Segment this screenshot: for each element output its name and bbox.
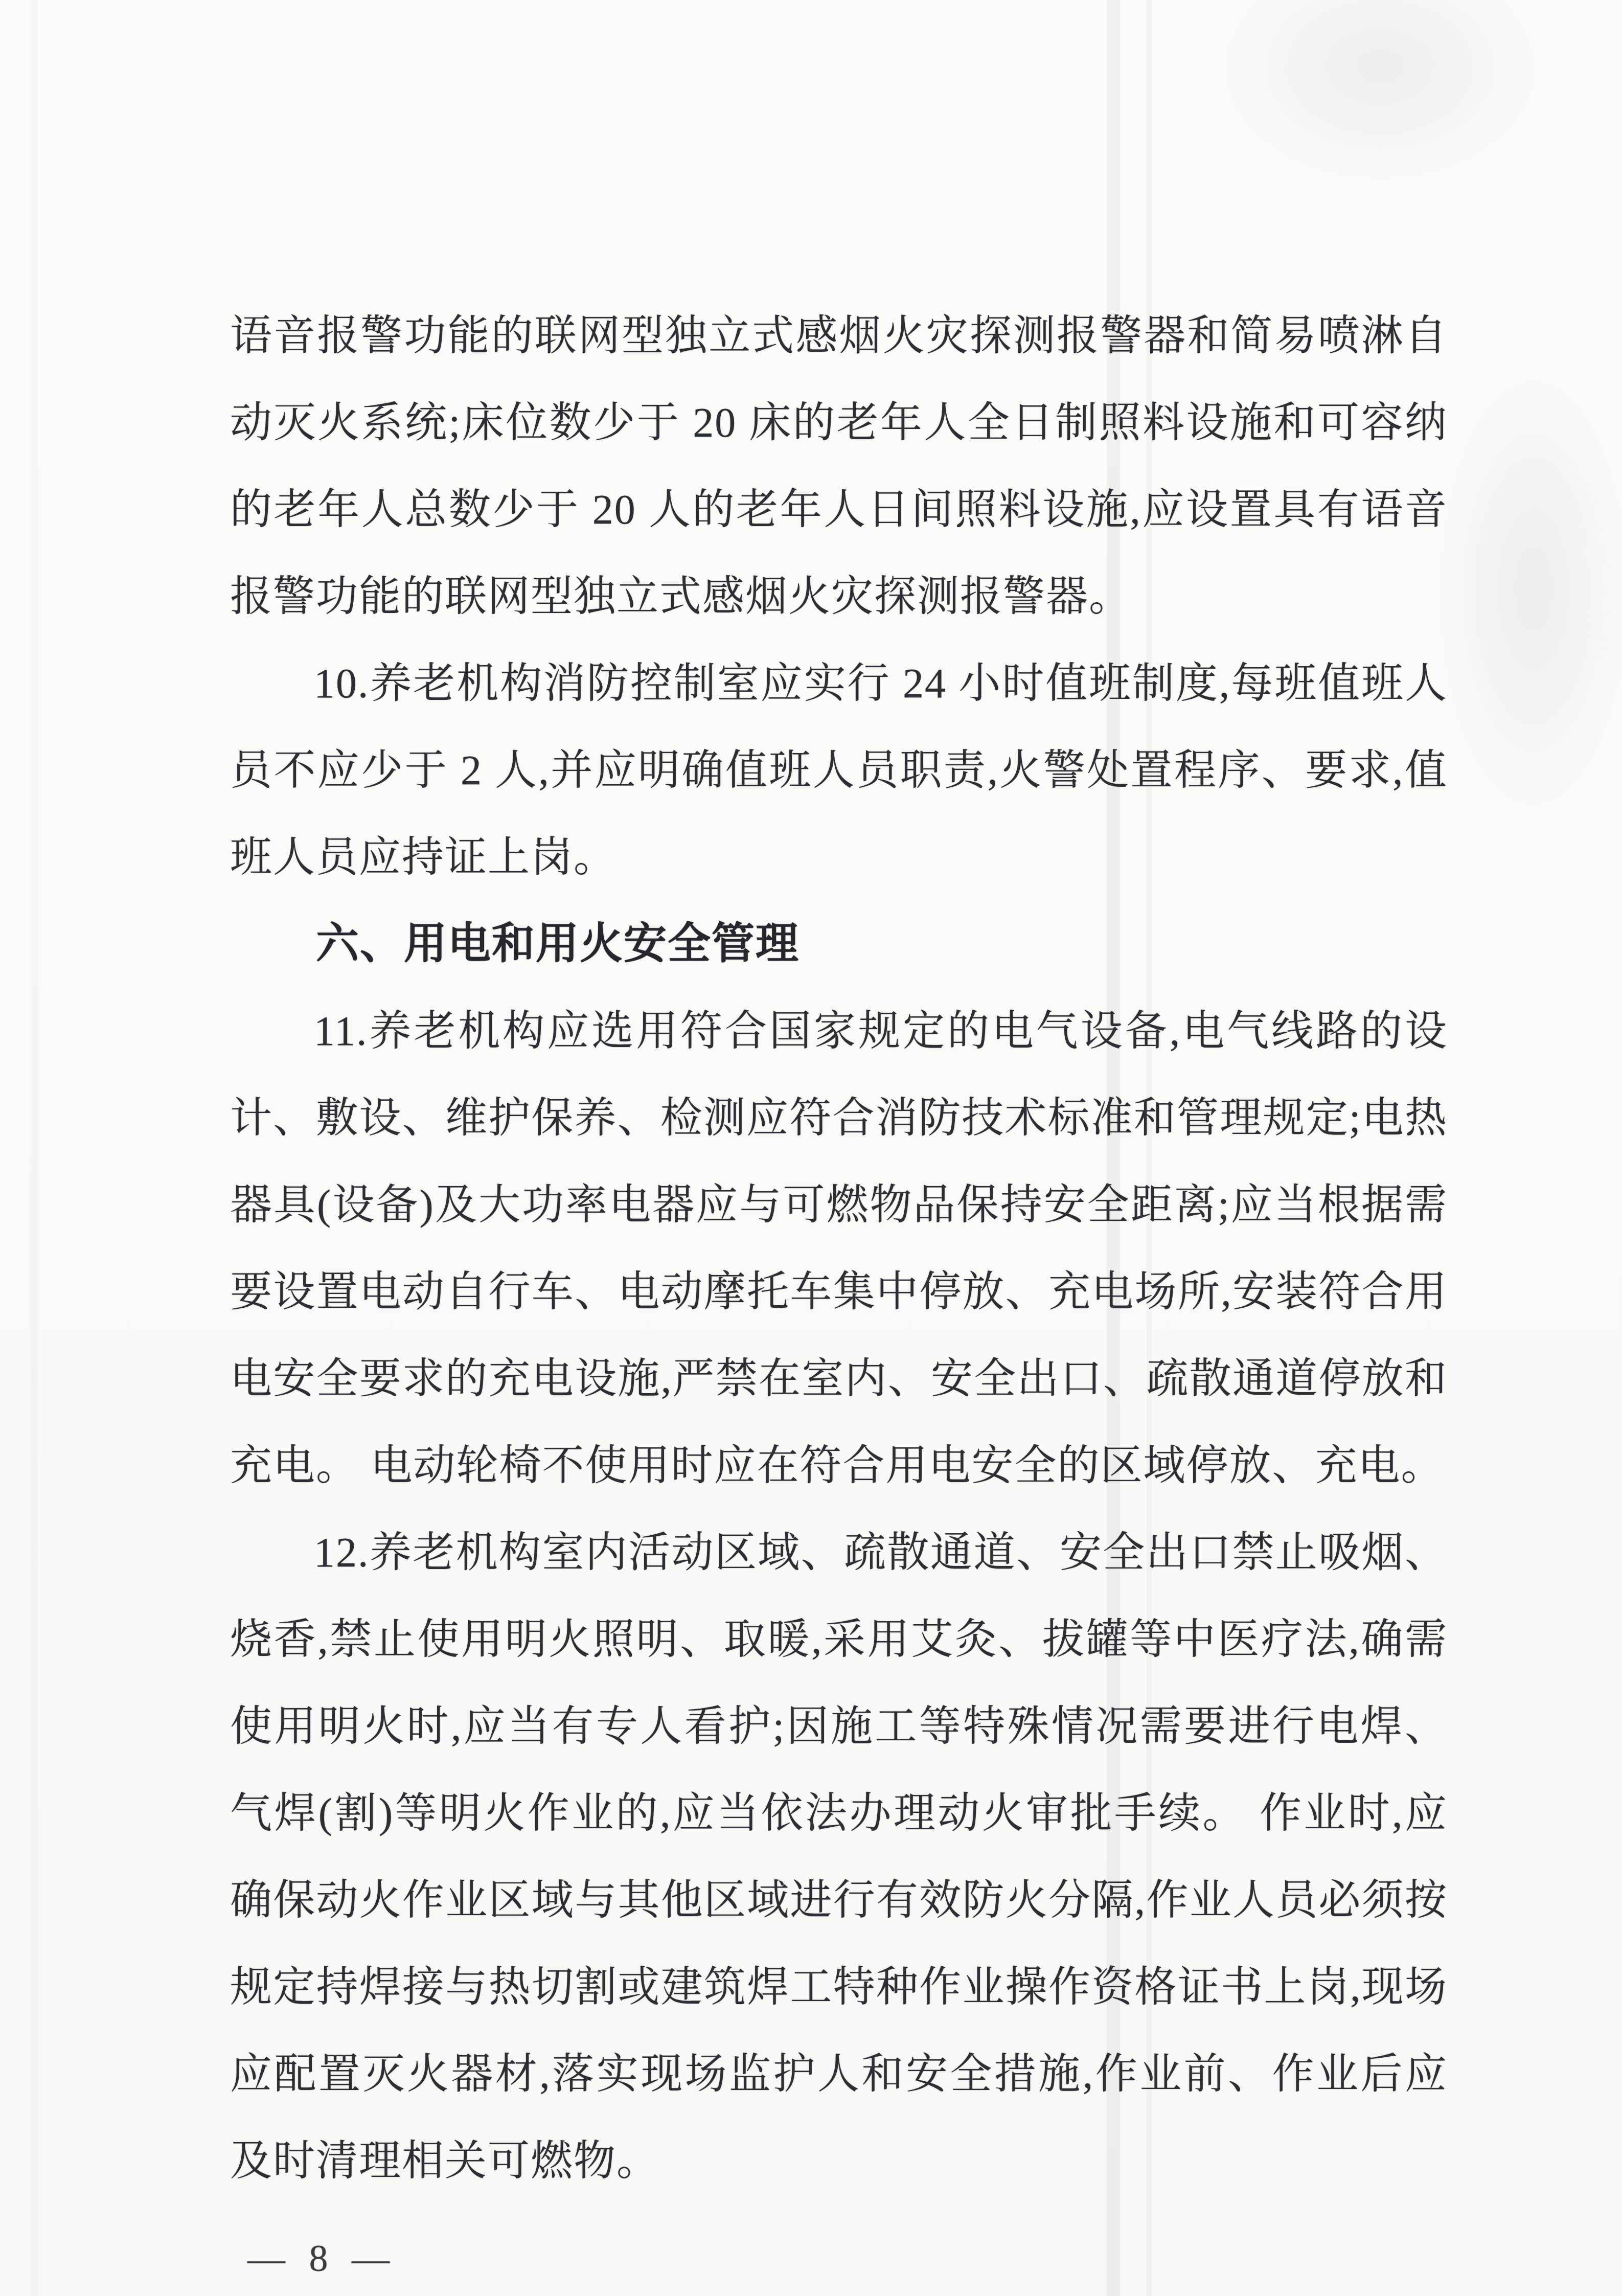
- scanned-page: 语音报警功能的联网型独立式感烟火灾探测报警器和简易喷淋自动灭火系统;床位数少于 …: [0, 0, 1622, 2296]
- section-heading-electricity-fire-safety: 六、用电和用火安全管理: [230, 901, 1448, 988]
- scan-streak: [31, 0, 38, 2296]
- scan-smudge: [1431, 358, 1622, 818]
- paragraph-item-10: 10.养老机构消防控制室应实行 24 小时值班制度,每班值班人员不应少于 2 人…: [230, 640, 1448, 901]
- scan-smudge: [1201, 0, 1559, 194]
- paragraph-item-11: 11.养老机构应选用符合国家规定的电气设备,电气线路的设计、敷设、维护保养、检测…: [230, 988, 1448, 1509]
- paragraph-continued: 语音报警功能的联网型独立式感烟火灾探测报警器和简易喷淋自动灭火系统;床位数少于 …: [230, 292, 1448, 640]
- paragraph-item-12: 12.养老机构室内活动区域、疏散通道、安全出口禁止吸烟、烧香,禁止使用明火照明、…: [230, 1509, 1448, 2204]
- page-number: — 8 —: [230, 2228, 1448, 2289]
- text-block: 语音报警功能的联网型独立式感烟火灾探测报警器和简易喷淋自动灭火系统;床位数少于 …: [230, 292, 1448, 2289]
